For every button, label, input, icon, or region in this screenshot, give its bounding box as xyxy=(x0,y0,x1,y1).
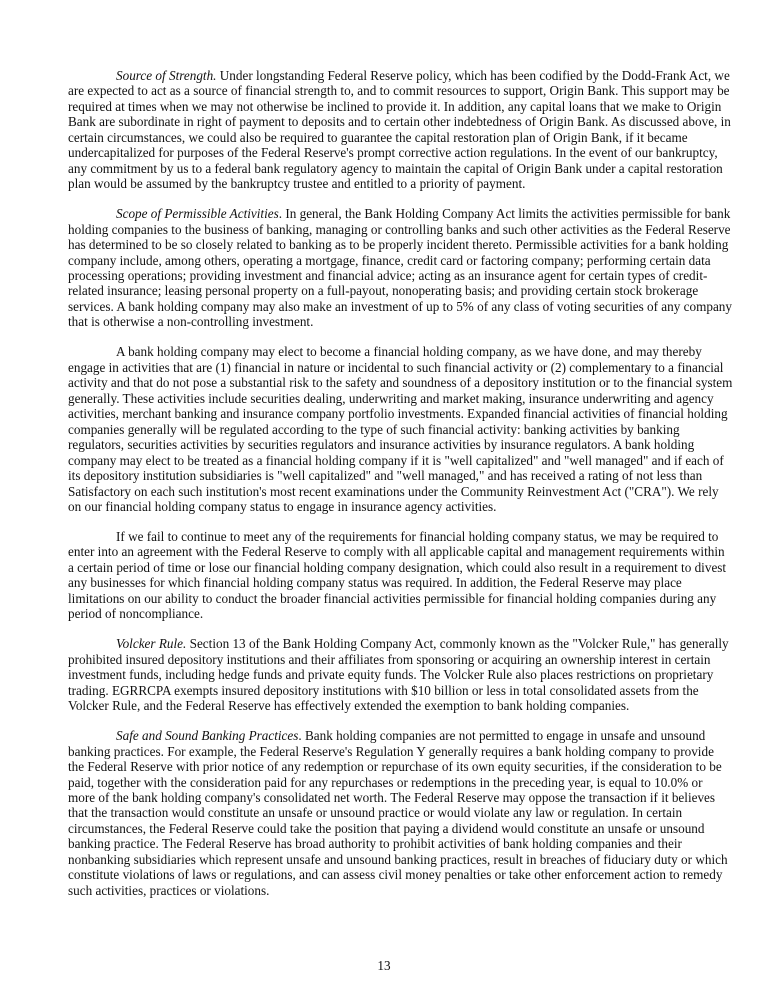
text-line: services. A bank holding company may als… xyxy=(68,299,708,314)
text-line: related insurance; leasing personal prop… xyxy=(68,283,708,298)
text-line: that is otherwise a non-controlling inve… xyxy=(68,314,708,329)
text-line: a certain period of time or lose our fin… xyxy=(68,560,708,575)
text-line: Satisfactory on each such institution's … xyxy=(68,484,708,499)
text-line: undercapitalized for purposes of the Fed… xyxy=(68,145,708,160)
text-line: prohibited insured depository institutio… xyxy=(68,652,708,667)
text-line: company include, among others, operating… xyxy=(68,253,708,268)
section-heading: Volcker Rule. xyxy=(116,636,186,651)
text-line: banking practice. The Federal Reserve ha… xyxy=(68,836,708,851)
text-line: trading. EGRRCPA exempts insured deposit… xyxy=(68,683,708,698)
text-line: its depository institution subsidiaries … xyxy=(68,468,708,483)
text-line: processing operations; providing investm… xyxy=(68,268,708,283)
text-line: such activities, practices or violations… xyxy=(68,883,708,898)
text-line: activity and that do not pose a substant… xyxy=(68,375,708,390)
text-line: more of the bank holding company's conso… xyxy=(68,790,708,805)
text-line: Source of Strength. Under longstanding F… xyxy=(68,68,708,83)
text-line: Bank are subordinate in right of payment… xyxy=(68,114,708,129)
text-line: period of noncompliance. xyxy=(68,606,708,621)
section-heading: Source of Strength. xyxy=(116,68,216,83)
text-line: the Federal Reserve with prior notice of… xyxy=(68,759,708,774)
text-line: circumstances, the Federal Reserve could… xyxy=(68,821,708,836)
text-line: required at times when we may not otherw… xyxy=(68,99,708,114)
text-line: activities, merchant banking and insuran… xyxy=(68,406,708,421)
text-line: regulators, securities activities by sec… xyxy=(68,437,708,452)
text-line: banking practices. For example, the Fede… xyxy=(68,744,708,759)
text-line: investment funds, including hedge funds … xyxy=(68,667,708,682)
text-line: nonbanking subsidiaries which represent … xyxy=(68,852,708,867)
text-line: constitute violations of laws or regulat… xyxy=(68,867,708,882)
paragraph-financial-holding-company: A bank holding company may elect to beco… xyxy=(68,344,708,514)
page-number: 13 xyxy=(0,958,768,974)
text-line: enter into an agreement with the Federal… xyxy=(68,544,708,559)
text-line: on our financial holding company status … xyxy=(68,499,708,514)
paragraph-volcker-rule: Volcker Rule. Section 13 of the Bank Hol… xyxy=(68,636,708,713)
text-line: paid, together with the consideration pa… xyxy=(68,775,708,790)
text-line: certain circumstances, we could also be … xyxy=(68,130,708,145)
text-line: A bank holding company may elect to beco… xyxy=(68,344,708,359)
text-line: that the transaction would constitute an… xyxy=(68,805,708,820)
text-line: companies generally will be regulated ac… xyxy=(68,422,708,437)
document-page: Source of Strength. Under longstanding F… xyxy=(68,68,708,913)
text-line: engage in activities that are (1) financ… xyxy=(68,360,708,375)
text-line: Volcker Rule. Section 13 of the Bank Hol… xyxy=(68,636,708,651)
paragraph-safe-and-sound-banking: Safe and Sound Banking Practices. Bank h… xyxy=(68,728,708,898)
text-line: holding companies to the business of ban… xyxy=(68,222,708,237)
text-line: generally. These activities include secu… xyxy=(68,391,708,406)
text-line: plan would be assumed by the bankruptcy … xyxy=(68,176,708,191)
paragraph-source-of-strength: Source of Strength. Under longstanding F… xyxy=(68,68,708,192)
text-line: company may elect to be treated as a fin… xyxy=(68,453,708,468)
section-heading: Scope of Permissible Activities xyxy=(116,206,279,221)
text-line: any businesses for which financial holdi… xyxy=(68,575,708,590)
section-heading: Safe and Sound Banking Practices xyxy=(116,728,298,743)
text-line: any commitment by us to a federal bank r… xyxy=(68,161,708,176)
text-line: are expected to act as a source of finan… xyxy=(68,83,708,98)
text-line: limitations on our ability to conduct th… xyxy=(68,591,708,606)
paragraph-failure-to-meet-requirements: If we fail to continue to meet any of th… xyxy=(68,529,708,622)
text-line: has determined to be so closely related … xyxy=(68,237,708,252)
text-line: Volcker Rule, and the Federal Reserve ha… xyxy=(68,698,708,713)
paragraph-scope-of-permissible-activities: Scope of Permissible Activities. In gene… xyxy=(68,206,708,330)
text-line: Scope of Permissible Activities. In gene… xyxy=(68,206,708,221)
text-line: If we fail to continue to meet any of th… xyxy=(68,529,708,544)
text-line: Safe and Sound Banking Practices. Bank h… xyxy=(68,728,708,743)
